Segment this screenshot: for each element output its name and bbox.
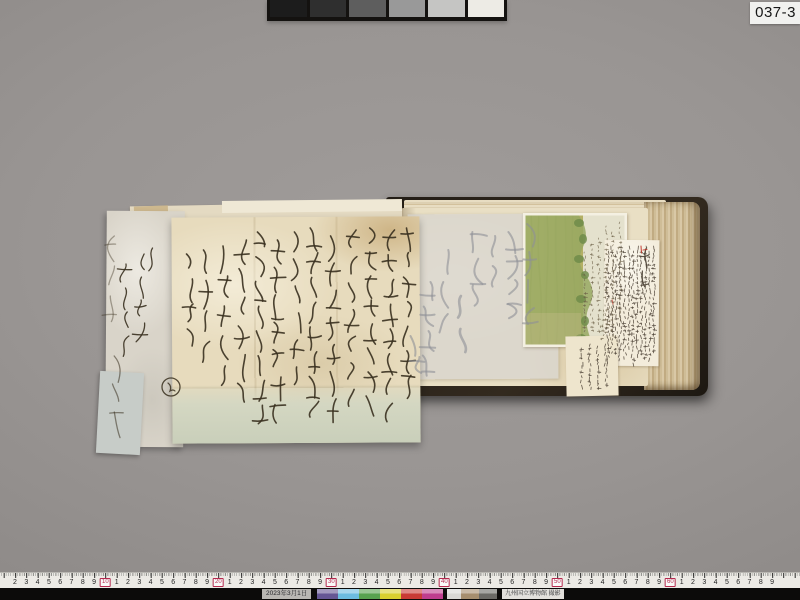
ruler-number: 7 [183,578,187,587]
grayscale-calibration-bar [267,0,507,21]
ruler-number: 5 [160,578,164,587]
ruler-number: 5 [499,578,503,587]
ruler-decade-number: 40 [439,578,450,587]
ruler-decade-number: 30 [326,578,337,587]
ruler-number: 5 [612,578,616,587]
ruler-number: 6 [171,578,175,587]
ruler-number: 7 [409,578,413,587]
ruler-number: 8 [533,578,537,587]
ruler-number: 8 [307,578,311,587]
ruler-number: 6 [58,578,62,587]
corner-paper [96,371,144,455]
photo-id-label: 037-3 [750,2,800,24]
color-patch-purple [317,589,338,599]
ruler-decade-number: 60 [665,578,676,587]
color-patch-magenta [422,589,443,599]
ruler-number: 4 [714,578,718,587]
ruler-number: 2 [13,578,17,587]
ruler-number: 6 [623,578,627,587]
grayscale-patch [270,0,307,17]
color-calibration-bar [317,589,497,599]
ruler-number: 2 [465,578,469,587]
ruler-number: 7 [748,578,752,587]
ruler-number: 6 [510,578,514,587]
ruler-number: 4 [149,578,153,587]
ruler-number: 4 [488,578,492,587]
grayscale-patch [468,0,505,17]
ruler-number: 3 [250,578,254,587]
ruler-number: 4 [262,578,266,587]
ruler-number: 5 [725,578,729,587]
ruler-number: 6 [397,578,401,587]
ruler-number: 6 [736,578,740,587]
ruler-decade-number: 10 [100,578,111,587]
grayscale-patch [349,0,386,17]
ruler-number: 9 [318,578,322,587]
ruler-number: 9 [770,578,774,587]
color-patch-gray [479,589,497,599]
ruler-number: 4 [375,578,379,587]
ruler-number: 5 [273,578,277,587]
shoot-date-label: 2023年3月1日 [262,589,311,599]
ruler-number: 2 [239,578,243,587]
caption-slip [565,335,618,396]
ruler-number: 9 [431,578,435,587]
letter-sheet-main [171,216,420,443]
color-patch-white [447,589,461,599]
ruler-number: 7 [522,578,526,587]
ruler-number: 7 [70,578,74,587]
ruler-number: 3 [24,578,28,587]
museum-credit-label: 九州国立博物館 撮影 [502,589,564,599]
ruler-number: 2 [691,578,695,587]
ruler-number: 2 [126,578,130,587]
photograph-stage: 037-3 [0,0,800,600]
ruler-number: 4 [601,578,605,587]
ruler-number: 1 [341,578,345,587]
grayscale-patch [389,0,426,17]
ruler-number: 4 [36,578,40,587]
ruler-number: 8 [646,578,650,587]
ruler-number: 3 [363,578,367,587]
stacked-letter-edge [222,199,402,213]
ruler-number: 5 [47,578,51,587]
ruler-number: 9 [657,578,661,587]
color-patch-light-blue [338,589,359,599]
grayscale-patch [310,0,347,17]
ruler-number: 3 [589,578,593,587]
grayscale-patch [428,0,465,17]
ruler-number: 1 [680,578,684,587]
ruler-number: 8 [81,578,85,587]
ruler-number: 3 [137,578,141,587]
ruler-decade-number: 20 [213,578,224,587]
ruler-number: 7 [296,578,300,587]
ruler-number: 8 [194,578,198,587]
ruler-number: 2 [578,578,582,587]
ruler-decade-number: 50 [552,578,563,587]
color-patch-tan [461,589,479,599]
ruler-number: 6 [284,578,288,587]
color-patch-red [401,589,422,599]
ruler-number: 7 [635,578,639,587]
cm-ruler: 2345678910123456789201234567893012345678… [0,572,800,588]
ruler-number: 9 [205,578,209,587]
ruler-number: 8 [420,578,424,587]
ruler-number: 3 [476,578,480,587]
color-patch-yellow [380,589,401,599]
ruler-number: 8 [759,578,763,587]
ruler-number: 9 [544,578,548,587]
ruler-number: 1 [115,578,119,587]
ruler-number: 1 [228,578,232,587]
ruler-number: 2 [352,578,356,587]
color-patch-green [359,589,380,599]
ruler-number: 3 [702,578,706,587]
ruler-number: 1 [567,578,571,587]
ruler-number: 9 [92,578,96,587]
letter-green-band [172,387,420,443]
ruler-number: 5 [386,578,390,587]
ruler-number: 1 [454,578,458,587]
